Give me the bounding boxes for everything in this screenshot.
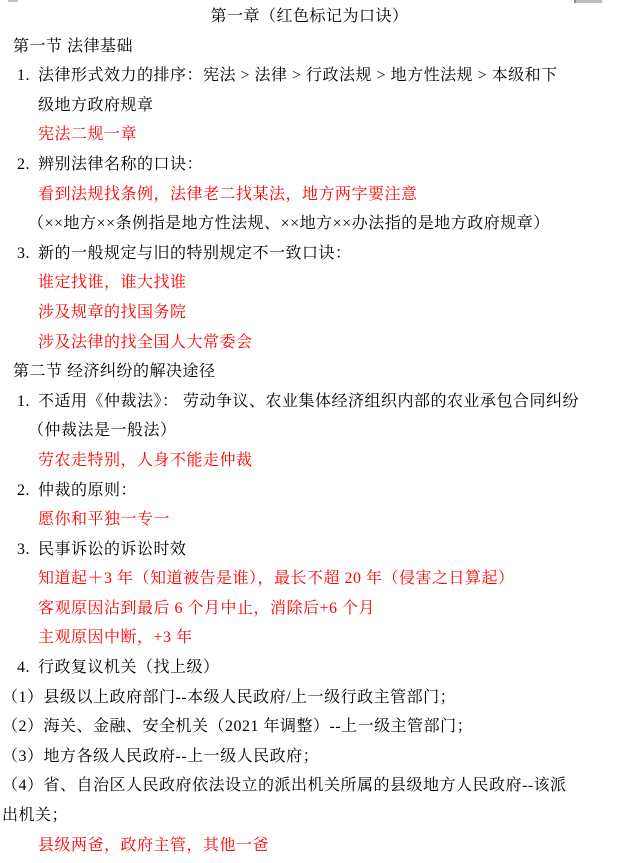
mnemonic-line: 客观原因沾到最后 6 个月中止，消除后+6 个月 <box>0 594 619 624</box>
mnemonic-line: 愿你和平独一专一 <box>0 505 619 535</box>
document-page: 第一章（红色标记为口诀） 第一节 法律基础 1.法律形式效力的排序：宪法 > 法… <box>0 0 619 863</box>
doc-line: （仲裁法是一般法） <box>0 416 619 446</box>
mnemonic-line: 宪法二规一章 <box>0 120 619 150</box>
list-item: 3.民事诉讼的诉讼时效 <box>0 535 619 565</box>
section-heading: 第二节 经济纠纷的解决途径 <box>0 357 619 387</box>
doc-line: 级地方政府规章 <box>0 91 619 121</box>
mnemonic-line: 涉及法律的找全国人大常委会 <box>0 328 619 358</box>
list-item-text: 新的一般规定与旧的特别规定不一致口诀： <box>38 245 352 262</box>
list-item-text: 不适用《仲裁法》： 劳动争议、农业集体经济组织内部的农业承包合同纠纷 <box>38 393 579 410</box>
sub-item: （1）县级以上政府部门--本级人民政府/上一级行政主管部门； <box>0 683 619 713</box>
list-item: 1.不适用《仲裁法》： 劳动争议、农业集体经济组织内部的农业承包合同纠纷 <box>0 387 619 417</box>
document-body: 第一章（红色标记为口诀） 第一节 法律基础 1.法律形式效力的排序：宪法 > 法… <box>0 2 619 860</box>
list-item-number: 3. <box>17 535 30 565</box>
list-item: 4.行政复议机关（找上级） <box>0 653 619 683</box>
doc-title: 第一章（红色标记为口诀） <box>0 2 619 32</box>
section-heading: 第一节 法律基础 <box>0 32 619 62</box>
mnemonic-line: 看到法规找条例，法律老二找某法，地方两字要注意 <box>0 180 619 210</box>
mnemonic-line: 涉及规章的找国务院 <box>0 298 619 328</box>
mnemonic-line: 谁定找谁，谁大找谁 <box>0 268 619 298</box>
list-item-text: 辨别法律名称的口诀： <box>38 156 203 173</box>
doc-line: 出机关； <box>0 801 619 831</box>
list-item: 2.辨别法律名称的口诀： <box>0 150 619 180</box>
list-item: 2.仲裁的原则： <box>0 476 619 506</box>
sub-item: （3）地方各级人民政府--上一级人民政府； <box>0 742 619 772</box>
sub-item: （4）省、自治区人民政府依法设立的派出机关所属的县级地方人民政府--该派 <box>0 771 619 801</box>
sub-item: （2）海关、金融、安全机关（2021 年调整）--上一级主管部门； <box>0 712 619 742</box>
list-item-number: 2. <box>17 476 30 506</box>
list-item-number: 2. <box>17 150 30 180</box>
mnemonic-line: 主观原因中断，+3 年 <box>0 623 619 653</box>
list-item-text: 法律形式效力的排序：宪法 > 法律 > 行政法规 > 地方性法规 > 本级和下 <box>38 67 558 84</box>
list-item-number: 1. <box>17 61 30 91</box>
mnemonic-line: 劳农走特别，人身不能走仲裁 <box>0 446 619 476</box>
list-item-number: 3. <box>17 239 30 269</box>
list-item: 3.新的一般规定与旧的特别规定不一致口诀： <box>0 239 619 269</box>
mnemonic-line: 县级两爸，政府主管，其他一爸 <box>0 831 619 861</box>
mnemonic-line: 知道起＋3 年（知道被告是谁），最长不超 20 年（侵害之日算起） <box>0 564 619 594</box>
list-item-text: 仲裁的原则： <box>38 482 137 499</box>
list-item-text: 行政复议机关（找上级） <box>38 659 220 676</box>
list-item-text: 民事诉讼的诉讼时效 <box>38 541 187 558</box>
list-item: 1.法律形式效力的排序：宪法 > 法律 > 行政法规 > 地方性法规 > 本级和… <box>0 61 619 91</box>
doc-line: （××地方××条例指是地方性法规、××地方××办法指的是地方政府规章） <box>0 209 619 239</box>
list-item-number: 1. <box>17 387 30 417</box>
list-item-number: 4. <box>17 653 30 683</box>
